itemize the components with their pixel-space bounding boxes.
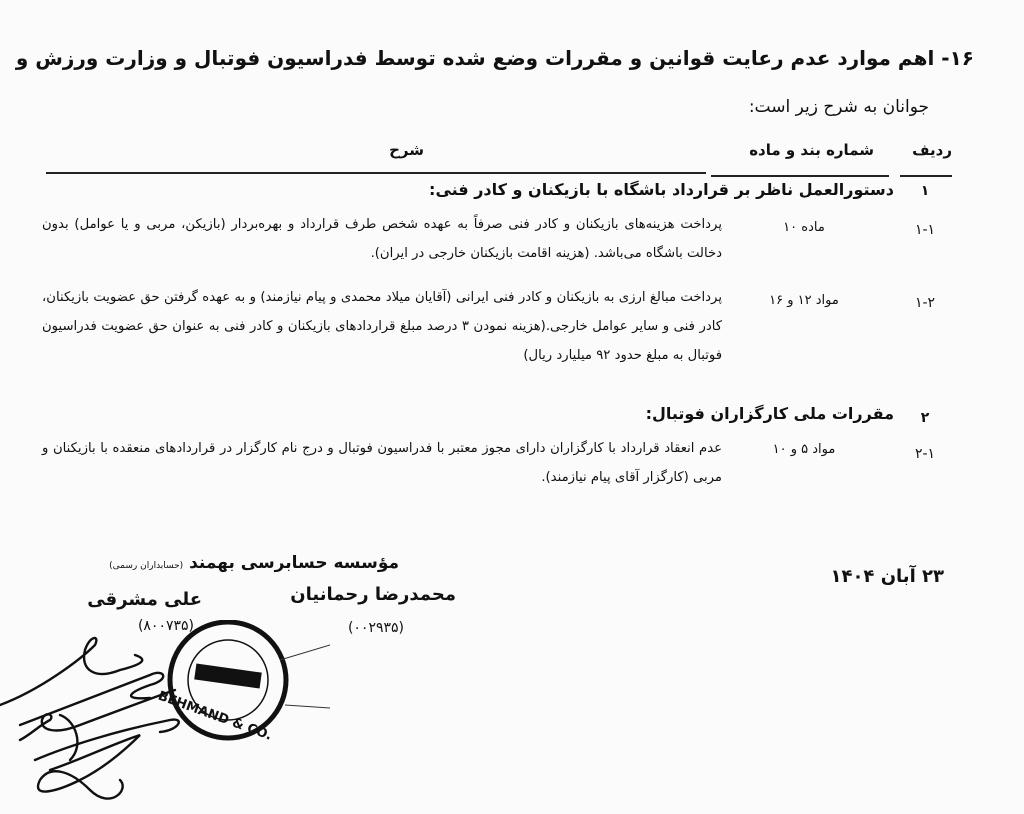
signer-1-id: (۰۰۲۹۳۵) [348,620,404,636]
header-radif: ردیف [912,141,952,159]
row-band: مواد ۱۲ و ۱۶ [739,293,869,308]
row-number: ۱-۲ [905,295,945,311]
section-title: ۱۶- اهم موارد عدم رعایت قوانین و مقررات … [16,46,974,70]
header-rule-sharh [46,172,706,174]
row-band: ماده ۱۰ [739,220,869,235]
report-date: ۲۳ آبان ۱۴۰۴ [830,566,944,587]
section-heading: دستورالعمل ناظر بر قرارداد باشگاه با باز… [429,180,894,199]
section-subtitle: جوانان به شرح زیر است: [749,97,929,117]
header-band: شماره بند و ماده [749,141,874,159]
section-heading: مقررات ملی کارگزاران فوتبال: [646,404,894,423]
signature-and-stamp: BEHMAND & CO. [0,620,330,814]
header-sharh: شرح [389,141,424,159]
header-rule-radif [900,175,952,177]
audit-firm-name: مؤسسه حسابرسی بهمند (حسابداران رسمی) [109,553,399,573]
header-rule-band [711,175,889,177]
firm-name: مؤسسه حسابرسی بهمند [189,553,399,573]
handwritten-signature-icon: BEHMAND & CO. [0,620,330,814]
row-description: پرداخت مبالغ ارزی به بازیکنان و کادر فنی… [42,283,722,370]
row-band: مواد ۵ و ۱۰ [739,442,869,457]
section-number: ۲ [905,410,945,426]
row-description: پرداخت هزینه‌های بازیکنان و کادر فنی صرف… [42,210,722,268]
row-number: ۲-۱ [905,446,945,462]
row-number: ۱-۱ [905,222,945,238]
firm-note: (حسابداران رسمی) [109,561,183,571]
signer-1-name: محمدرضا رحمانیان [290,584,456,605]
section-number: ۱ [905,183,945,199]
signer-2-name: علی مشرقی [87,589,202,610]
row-description: عدم انعقاد قرارداد با کارگزاران دارای مج… [42,434,722,492]
